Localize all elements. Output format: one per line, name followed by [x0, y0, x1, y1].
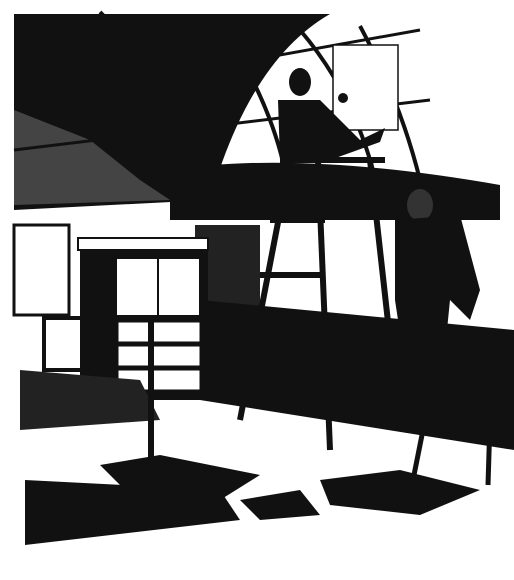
illustration — [0, 0, 514, 580]
wardrobe — [78, 238, 208, 400]
